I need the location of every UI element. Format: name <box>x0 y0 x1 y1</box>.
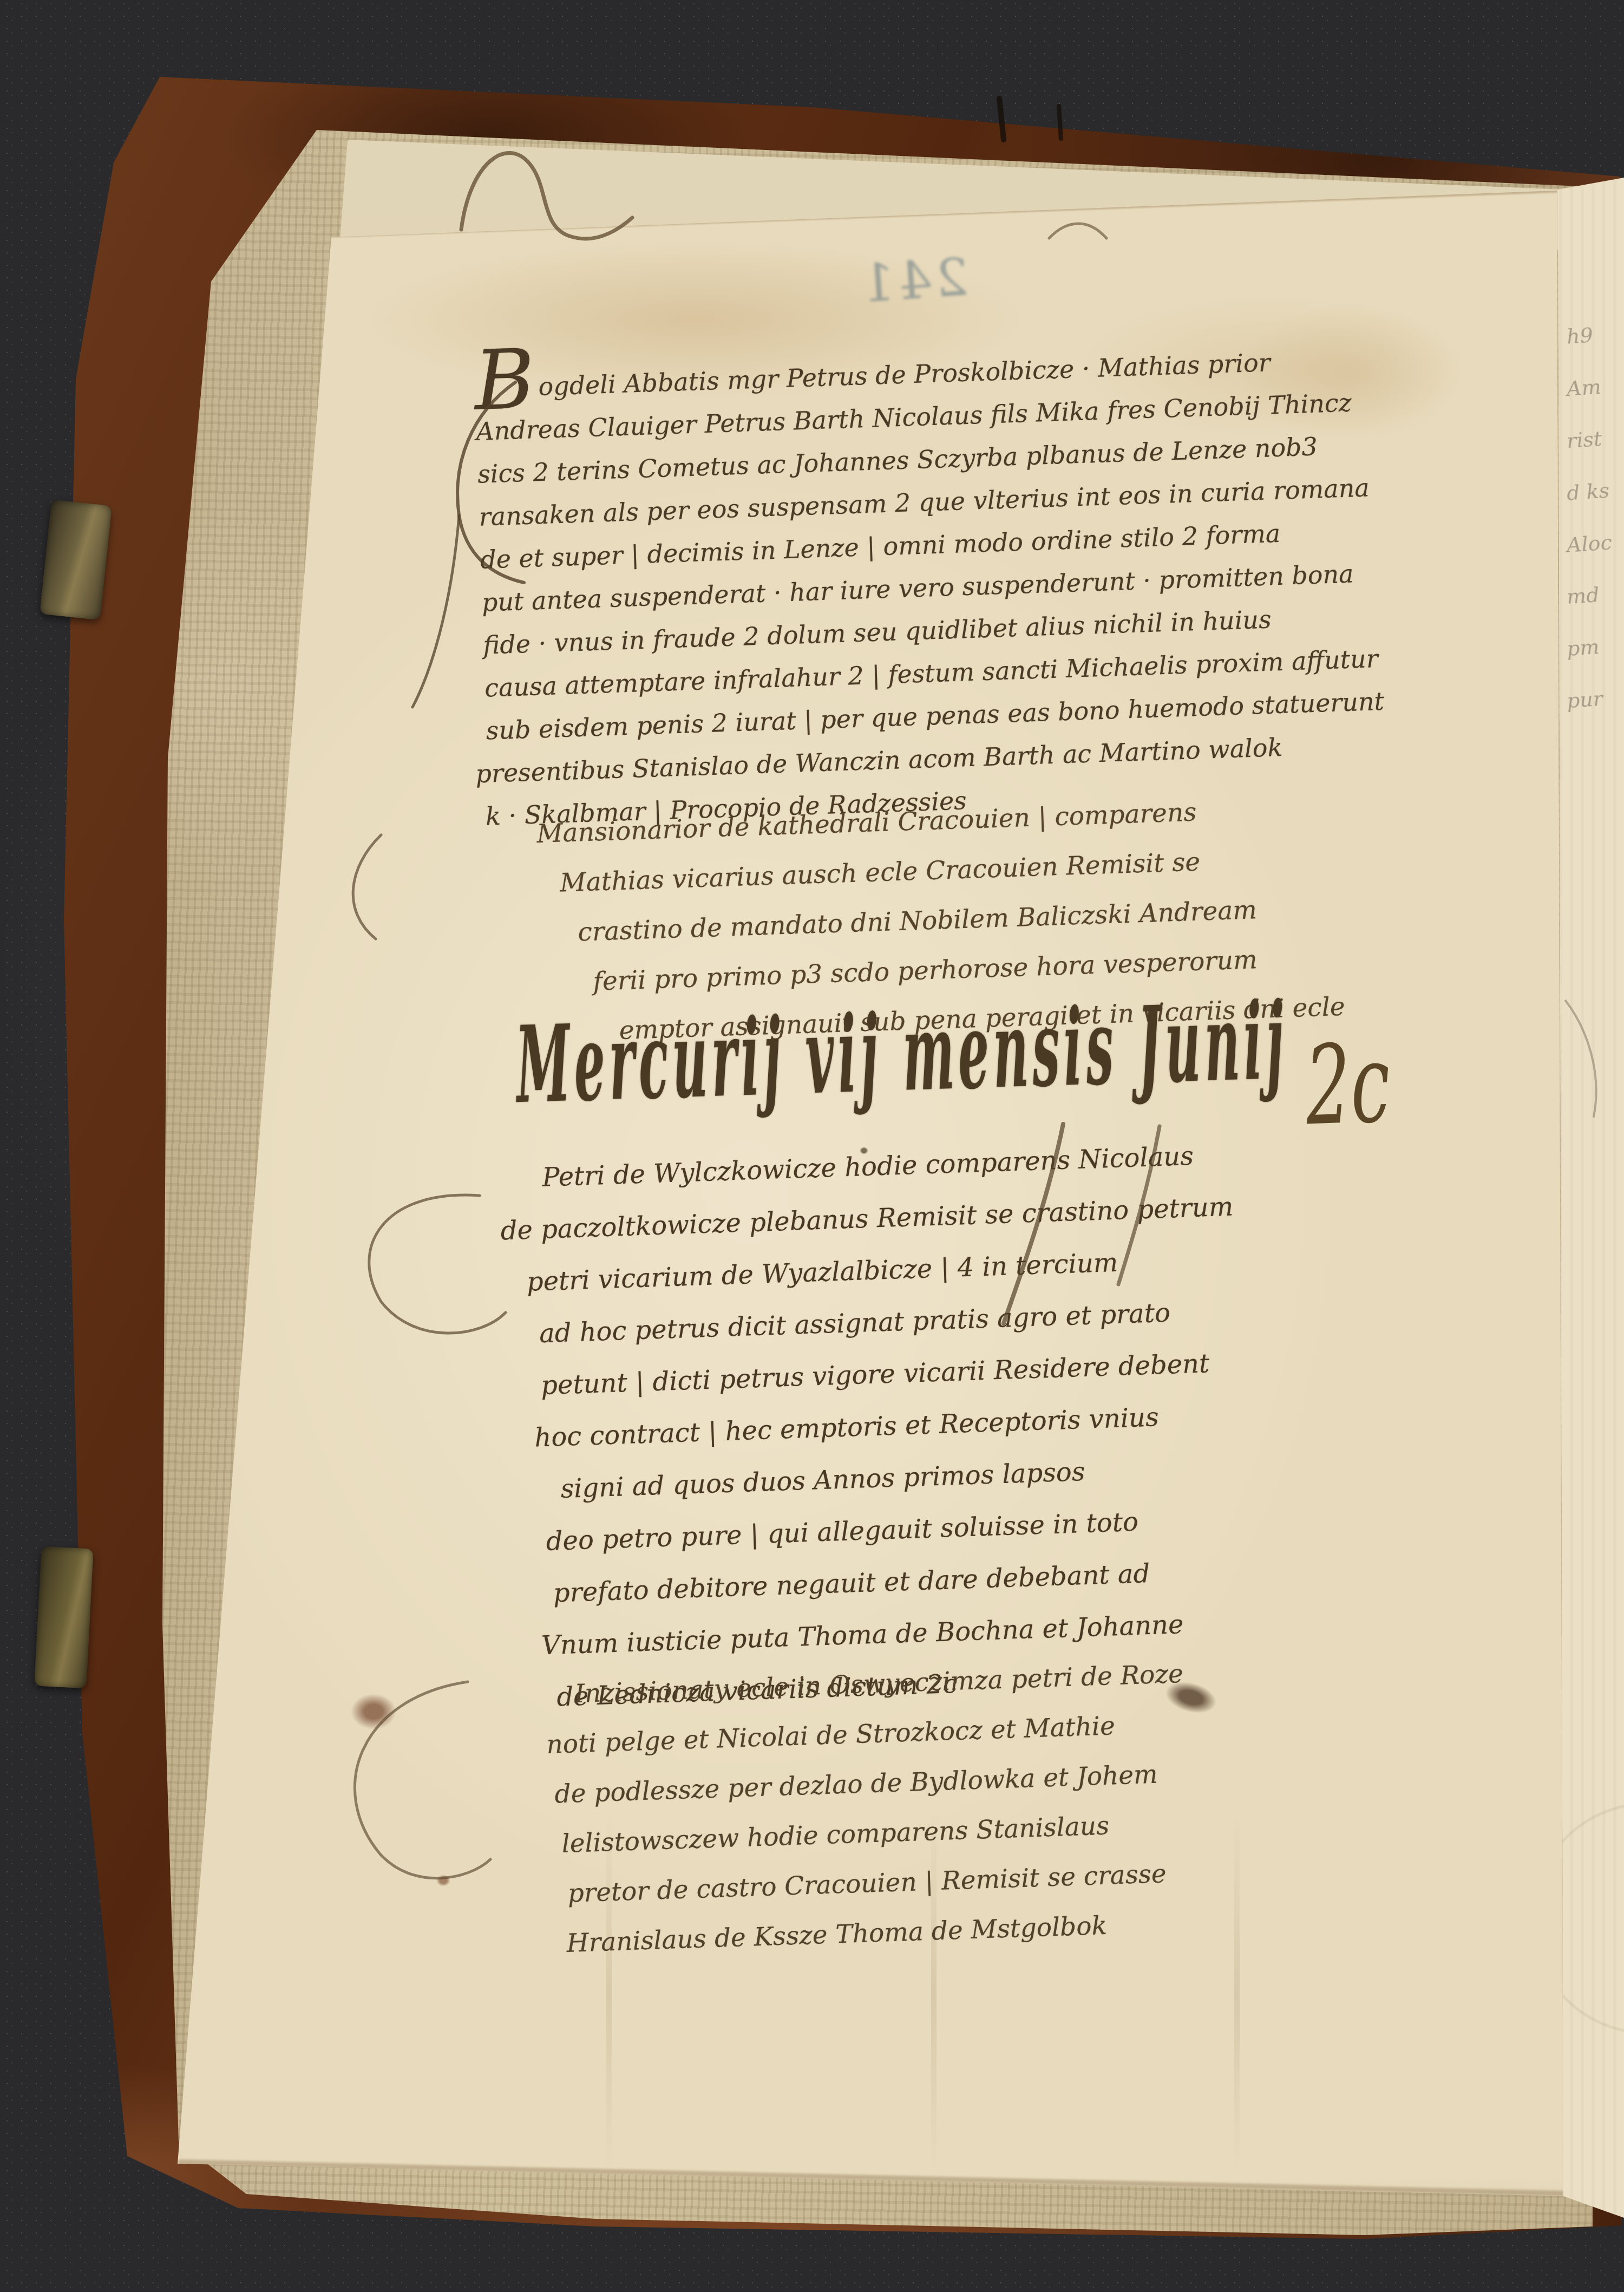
ghost-text-fragment: rist <box>1566 427 1603 453</box>
ghost-text-fragment: h9 <box>1566 323 1594 348</box>
manuscript-entry-1: Bogdeli Abbatis mgr Petrus de Proskolbic… <box>474 329 1388 838</box>
ghost-text-fragment: d ks <box>1566 478 1610 505</box>
ink-spot <box>351 1694 396 1729</box>
etc-flourish: 2c <box>1304 1020 1392 1150</box>
ghost-text-fragment: Aloc <box>1566 530 1613 557</box>
brass-clasp-top <box>40 500 112 621</box>
folio-number-showthrough: 241 <box>856 246 971 315</box>
ghost-text-fragment: md <box>1566 583 1600 609</box>
manuscript-photo: 241 Bogdeli Abbatis mgr Petrus de Prosko… <box>0 0 1624 2292</box>
date-heading: Mercurij vij mensis Junij <box>514 978 1289 1127</box>
flourished-initial: B <box>473 331 536 429</box>
ghost-text-fragment: Am <box>1566 375 1602 401</box>
ghost-text-fragment: pur <box>1566 687 1604 713</box>
ghost-text-fragment: pm <box>1566 635 1600 661</box>
brass-clasp-bottom <box>34 1546 93 1689</box>
manuscript-entry-3: Petri de Wylczkowicze hodie comparens Ni… <box>490 1129 1249 1725</box>
manuscript-entry-4: Inzissionaty ecle in Oswyeczimza petri d… <box>544 1649 1193 1969</box>
ink-spot <box>436 1875 450 1886</box>
page-crease <box>1234 1814 1240 2171</box>
